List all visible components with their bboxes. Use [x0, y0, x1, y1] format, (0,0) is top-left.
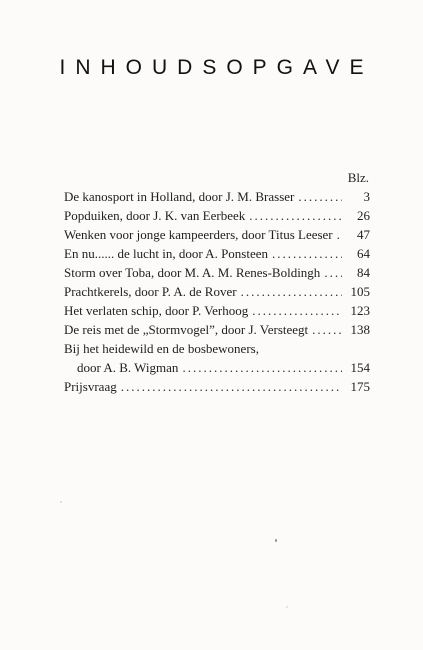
entry-title: Popduiken, door J. K. van Eerbeek	[64, 206, 245, 225]
entry-title: Storm over Toba, door M. A. M. Renes-Bol…	[64, 263, 320, 282]
page-number-column-header: Blz.	[64, 168, 370, 187]
page-title: INHOUDSOPGAVE	[0, 57, 423, 78]
entry-page-number: 64	[346, 244, 370, 263]
toc-entry: Prachtkerels, door P. A. de Rover ......…	[64, 282, 370, 301]
toc-entry: Storm over Toba, door M. A. M. Renes-Bol…	[64, 263, 370, 282]
entry-page-number: 105	[346, 282, 370, 301]
toc-entry: Bij het heidewild en de bosbewoners,	[64, 339, 370, 358]
entry-title: En nu...... de lucht in, door A. Ponstee…	[64, 244, 268, 263]
entry-title: Het verlaten schip, door P. Verhoog	[64, 301, 248, 320]
dot-leader: ........................................…	[241, 282, 342, 301]
dot-leader: ........................................…	[324, 263, 342, 282]
dot-leader: ........................................…	[337, 225, 342, 244]
dot-leader: ........................................…	[249, 206, 342, 225]
paper-speck	[60, 501, 62, 503]
toc-entry: De kanosport in Holland, door J. M. Bras…	[64, 187, 370, 206]
entry-title: door A. B. Wigman	[64, 358, 178, 377]
book-page: INHOUDSOPGAVE Blz. De kanosport in Holla…	[0, 0, 423, 650]
dot-leader: ........................................…	[298, 187, 342, 206]
entry-page-number: 47	[346, 225, 370, 244]
toc-entry: En nu...... de lucht in, door A. Ponstee…	[64, 244, 370, 263]
table-of-contents: Blz. De kanosport in Holland, door J. M.…	[64, 168, 370, 396]
dot-leader: ........................................…	[312, 320, 342, 339]
entry-title: De kanosport in Holland, door J. M. Bras…	[64, 187, 294, 206]
entry-page-number: 84	[346, 263, 370, 282]
dot-leader: ........................................…	[272, 244, 342, 263]
entry-page-number: 154	[346, 358, 370, 377]
toc-entry: Popduiken, door J. K. van Eerbeek ......…	[64, 206, 370, 225]
entry-page-number: 26	[346, 206, 370, 225]
entry-title: Bij het heidewild en de bosbewoners,	[64, 339, 259, 358]
toc-entry: Wenken voor jonge kampeerders, door Titu…	[64, 225, 370, 244]
entry-page-number: 3	[346, 187, 370, 206]
dot-leader: ........................................…	[182, 358, 342, 377]
entry-title: Prijsvraag	[64, 377, 117, 396]
entry-title: De reis met de „Stormvogel”, door J. Ver…	[64, 320, 308, 339]
entry-title: Wenken voor jonge kampeerders, door Titu…	[64, 225, 333, 244]
entry-page-number: 138	[346, 320, 370, 339]
paper-speck	[286, 606, 288, 608]
entry-title: Prachtkerels, door P. A. de Rover	[64, 282, 237, 301]
paper-speck	[275, 539, 277, 542]
dot-leader: ........................................…	[121, 377, 342, 396]
entry-page-number: 175	[346, 377, 370, 396]
dot-leader: ........................................…	[252, 301, 342, 320]
toc-entry: door A. B. Wigman ......................…	[64, 358, 370, 377]
toc-entry: Het verlaten schip, door P. Verhoog ....…	[64, 301, 370, 320]
toc-entry: De reis met de „Stormvogel”, door J. Ver…	[64, 320, 370, 339]
toc-entry-list: De kanosport in Holland, door J. M. Bras…	[64, 187, 370, 396]
toc-entry: Prijsvraag .............................…	[64, 377, 370, 396]
entry-page-number: 123	[346, 301, 370, 320]
